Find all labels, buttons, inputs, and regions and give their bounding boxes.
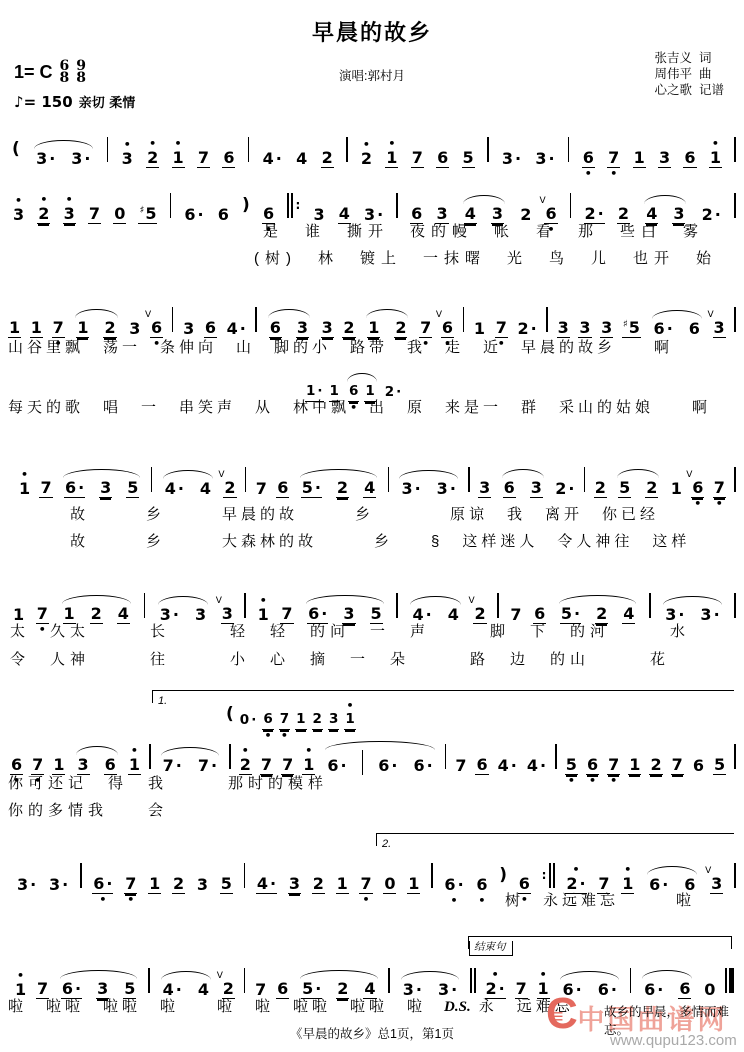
credit-composer: 周伟平 曲 <box>655 67 712 81</box>
volta-2-label: 2. <box>377 838 391 850</box>
music-line-4: 1•76·354·4V2765·243·3·3632·2521V6•7• <box>18 460 736 498</box>
lyric-line: 故 乡 早晨的故 乡 原谅 我 离开 你已经 <box>70 503 659 524</box>
volta-bracket-2: 2. <box>376 833 734 846</box>
page-info: 《早晨的故乡》总1页，第1页 <box>0 1024 744 1042</box>
coda-bracket: 结束句 <box>468 936 732 949</box>
credit-lyricist: 张吉义 词 <box>655 51 712 65</box>
lyric-line: 令 人神 往 小 心 摘 一 朵 路 边 的山 花 <box>10 648 670 669</box>
music-line-5: 17•1243·3V31•76·354·4V2765·243·3· <box>12 586 736 624</box>
page-title: 早晨的故乡 <box>0 16 744 47</box>
volta-1-label: 1. <box>153 695 167 707</box>
lyric-line: (树) 林 镀上 一抹曙 光 鸟 儿 也开 始 <box>254 247 717 268</box>
lyric-line: 山谷里飘 荡一 条伸向 山 脚的小 路带 我 走 近 早晨的故乡 啊 <box>8 336 673 357</box>
la-syllables: 啦 啦啦 啦啦 啦 啦 啦 啦啦 啦啦 啦 <box>8 998 426 1015</box>
lyric-line: 故 乡 大森林的故 乡 § 这样迷人 令人神往 这样 <box>70 530 690 551</box>
credits: 张吉义 词 周伟平 曲 心之歌 记谱 <box>655 50 724 98</box>
lyric-line: 是 谁 撕开 夜的幔 帐 看 那 些白 雾 <box>263 220 704 241</box>
music-line-2: 3•2•3•70♯56·6)6•:343·63432V6•2·2432· <box>12 186 736 224</box>
music-line-3: 117•123V6•364·6332127•V6•17•2·333♯56·6V3 <box>8 300 736 338</box>
music-line-6: 6•7•1361•7·7·2•771•6·6·6·764·4·5•6•7•127… <box>10 737 736 775</box>
tempo-marking: ♪= 150亲切 柔情 <box>14 92 135 111</box>
expression-text: 亲切 柔情 <box>79 96 136 111</box>
eighth-note-icon: ♪ <box>14 93 24 111</box>
tempo-value: = 150 <box>24 93 73 111</box>
performer: 演唱:郭村月 <box>0 66 744 84</box>
lyric-line: 你的多情我 会 <box>8 799 168 820</box>
credit-transcriber: 心之歌 记谱 <box>655 83 724 97</box>
lyric-line: 太 久太 长 轻 轻 的问 一 声 脚 下 的河 水 <box>10 620 690 641</box>
dal-segno-mark: D.S. <box>444 999 471 1015</box>
lyric-line: 树 永远难忘 啦 <box>505 889 695 910</box>
pickup-phrase: (0·6•7•1231• <box>226 698 346 730</box>
coda-label: 结束句 <box>469 941 513 956</box>
sheet-music-page: 早晨的故乡 1= C 6 8 9 8 演唱:郭村月 张吉义 词 周伟平 曲 心之… <box>0 0 744 1052</box>
lyric-line: 你可还记 得 我 那时的模样 <box>8 772 328 793</box>
lyric-line: 啦 啦啦 啦啦 啦 啦 啦 啦啦 啦啦 啦D.S.永 远难忘 <box>8 995 574 1016</box>
lyric-line: 每天的歌 唱 一 串笑声 从 林中飘 出 原 来是一 群 采山的姑娘 啊 <box>8 396 711 417</box>
music-line-1: (3·3·3•2•1•764·422•1•7653·3·6•7•1361• <box>12 130 736 168</box>
